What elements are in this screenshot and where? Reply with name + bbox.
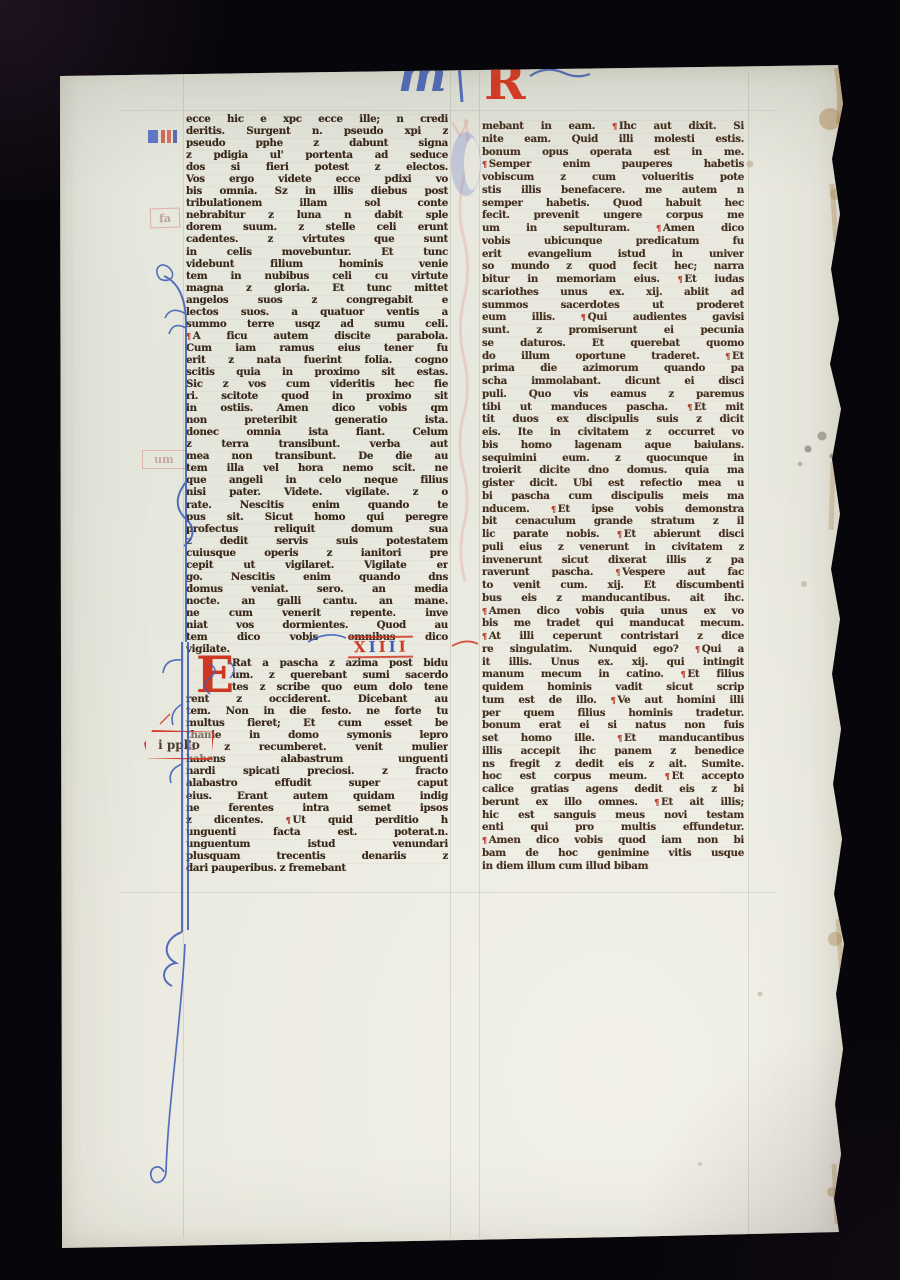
text-line: fecit. prevenit ungere corpus me — [482, 209, 744, 222]
text-line: bis me tradet qui manducat mecum. — [482, 617, 744, 630]
text-line: tibi ut manduces pascha. ¶Et mit — [482, 401, 744, 414]
rubric-paraph-icon: ¶ — [482, 606, 487, 616]
rubric-paraph-icon: ¶ — [482, 159, 487, 169]
text-line: dos si fieri potest z electos. — [186, 162, 448, 174]
text-line: ecce hic e xpc ecce ille; n credi — [186, 114, 448, 126]
paraph-mark — [161, 130, 165, 143]
text-line: eis. Ite in civitatem z occurret vo — [482, 426, 744, 439]
text-line: ¶Amen dico vobis quod iam non bi — [482, 834, 744, 847]
running-title-letter: m — [398, 48, 447, 102]
text-line: nocte. an galli cantu. an mane. — [186, 596, 448, 608]
text-line: summos sacerdotes ut proderet — [482, 299, 744, 312]
rubric-paraph-icon: ¶ — [678, 274, 683, 284]
text-line: to venit cum. xij. Et discumbenti — [482, 579, 744, 592]
text-line: tum est de illo. ¶Ve aut homini illi — [482, 694, 744, 707]
text-line: nisi pater. Videte. vigilate. z o — [186, 487, 448, 499]
text-line: si z recumberet. venit mulier — [186, 742, 448, 754]
text-line: scha immolabant. dicunt ei disci — [482, 375, 744, 388]
rubric-paraph-icon: ¶ — [186, 331, 191, 341]
rubric-paraph-icon: ¶ — [611, 695, 616, 705]
text-line: deritis. Surgent n. pseudo xpi z — [186, 126, 448, 138]
text-line: vobiscum z cum volueritis pote — [482, 171, 744, 184]
rubric-paraph-icon: ¶ — [687, 402, 692, 412]
text-line: bonum opus operata est in me. — [482, 146, 744, 159]
text-column-left-upper: ecce hic e xpc ecce ille; n credideritis… — [186, 114, 448, 656]
text-line: tit duos ex discipulis suis z dicit — [482, 413, 744, 426]
text-line: ri. scitote quod in proximo sit — [186, 391, 448, 403]
text-line: dorem suum. z stelle celi erunt — [186, 222, 448, 234]
text-line: multus fieret; Et cum esset be — [186, 718, 448, 730]
text-line: erit z nata fuerint folia. cogno — [186, 355, 448, 367]
text-line: puli. Quo vis eamus z paremus — [482, 388, 744, 401]
text-line: z pdigia ul' portenta ad seduce — [186, 150, 448, 162]
rubric-paraph-icon: ¶ — [654, 797, 659, 807]
text-line: nebrabitur z luna n dabit sple — [186, 210, 448, 222]
text-line: hic est sanguis meus novi testam — [482, 809, 744, 822]
text-line: tem illa vel hora nemo scit. ne — [186, 463, 448, 475]
text-line: pus sit. Sicut homo qui peregre — [186, 512, 448, 524]
rubric-paraph-icon: ¶ — [551, 504, 556, 514]
text-line: bam de hoc genimine vitis usque — [482, 847, 744, 860]
text-line: ne cum venerit repente. inve — [186, 608, 448, 620]
photo-backdrop: mR ecce hic e xpc ecce ille; n credideri… — [0, 0, 900, 1280]
running-title-letter: R — [484, 52, 526, 111]
paraph-mark — [173, 130, 177, 143]
text-line: quidem hominis vadit sicut scrip — [482, 681, 744, 694]
text-line: bus eis z manducantibus. ait ihc. — [482, 592, 744, 605]
text-line: alabastro effudit super caput — [186, 778, 448, 790]
text-line: eum illis. ¶Qui audientes gavisi — [482, 311, 744, 324]
text-line: ¶A ficu autem discite parabola. — [186, 331, 448, 343]
text-line: thanie in domo symonis lepro — [186, 730, 448, 742]
text-line: ¶At illi ceperunt contristari z dice — [482, 630, 744, 643]
manuscript-leaf: mR ecce hic e xpc ecce ille; n credideri… — [60, 64, 846, 1248]
text-line: summo terre usqz ad sumu celi. — [186, 319, 448, 331]
text-line: mebant in eam. ¶Ihc aut dixit. Si — [482, 120, 744, 133]
text-line: prima die azimorum quando pa — [482, 362, 744, 375]
text-line: unguentum istud venundari — [186, 839, 448, 851]
text-line: illis accepit ihc panem z benedice — [482, 745, 744, 758]
text-line: lic parate nobis. ¶Et abierunt disci — [482, 528, 744, 541]
text-line: habens alabastrum unguenti — [186, 754, 448, 766]
chapter-numeral-glyph: I — [369, 640, 377, 654]
text-line: cadentes. z virtutes que sunt — [186, 234, 448, 246]
text-line: z dedit servis suis potestatem — [186, 536, 448, 548]
text-line: go. Nescitis enim quando dns — [186, 572, 448, 584]
text-line: bi pascha cum discipulis meis ma — [482, 490, 744, 503]
text-line: plusquam trecentis denariis z — [186, 851, 448, 863]
rubric-paraph-icon: ¶ — [725, 351, 730, 361]
text-line: bit cenaculum grande stratum z il — [482, 515, 744, 528]
text-line: ¶Semper enim pauperes habetis — [482, 158, 744, 171]
text-line: dari pauperibus. z fremebant — [186, 863, 448, 875]
text-line: Vos ergo videte ecce pdixi vo — [186, 174, 448, 186]
text-line: que angeli in celo neque filius — [186, 475, 448, 487]
text-line: nite eam. Quid illi molesti estis. — [482, 133, 744, 146]
text-column-right: mebant in eam. ¶Ihc aut dixit. Sinite ea… — [482, 120, 744, 872]
text-line: so mundo z quod fecit hec; narra — [482, 260, 744, 273]
text-line: cepit ut vigilaret. Vigilate er — [186, 560, 448, 572]
ruling-line — [183, 72, 184, 1238]
rubric-paraph-icon: ¶ — [482, 835, 487, 845]
text-line: in ostiis. Amen dico vobis qm — [186, 403, 448, 415]
text-line: calice gratias agens dedit eis z bi — [482, 783, 744, 796]
rubric-paraph-icon: ¶ — [665, 771, 670, 781]
text-line: mea non transibunt. De die au — [186, 451, 448, 463]
text-line: in diem illum cum illud bibam — [482, 860, 744, 873]
text-line: niat vos dormientes. Quod au — [186, 620, 448, 632]
text-line: bis homo lagenam aque baiulans. — [482, 439, 744, 452]
text-line: lectos suos. a quatuor ventis a — [186, 307, 448, 319]
text-line: semper habetis. Quod habuit hec — [482, 197, 744, 210]
rubric-paraph-icon: ¶ — [617, 529, 622, 539]
margin-note-in-populo: i ppl'o — [144, 730, 214, 760]
text-line: magna z gloria. Et tunc mittet — [186, 283, 448, 295]
rubric-paraph-icon: ¶ — [656, 223, 661, 233]
text-line: set homo ille. ¶Et manducantibus — [482, 732, 744, 745]
text-line: manum mecum in catino. ¶Et filius — [482, 668, 744, 681]
text-line: domus veniat. sero. an media — [186, 584, 448, 596]
chapter-numeral-glyph: I — [399, 640, 407, 654]
rubric-paraph-icon: ¶ — [581, 312, 586, 322]
rubric-paraph-icon: ¶ — [681, 669, 686, 679]
text-line: profectus reliquit domum sua — [186, 524, 448, 536]
text-line: nducem. ¶Et ipse vobis demonstra — [482, 503, 744, 516]
text-line: troierit dicite dno domus. quia ma — [482, 464, 744, 477]
text-line: ¶Amen dico vobis quia unus ex vo — [482, 605, 744, 618]
text-line: invenerunt sicut dixerat illis z pa — [482, 554, 744, 567]
ruling-line — [748, 72, 749, 1238]
text-line: nardi spicati preciosi. z fracto — [186, 766, 448, 778]
text-line: bitur in memoriam eius. ¶Et iudas — [482, 273, 744, 286]
decorated-initial: E — [196, 652, 244, 704]
text-line: ns fregit z dedit eis z ait. Sumite. — [482, 758, 744, 771]
text-line: non preteribit generatio ista. — [186, 415, 448, 427]
text-line: angelos suos z congregabit e — [186, 295, 448, 307]
text-line: eius. Erant autem quidam indig — [186, 791, 448, 803]
text-line: cuiusque operis z ianitori pre — [186, 548, 448, 560]
text-line: it illis. Unus ex. xij. qui intingit — [482, 656, 744, 669]
text-line: unguenti facta est. poterat.n. — [186, 827, 448, 839]
text-line: hoc est corpus meum. ¶Et accepto — [482, 770, 744, 783]
text-line: per quem filius hominis tradetur. — [482, 707, 744, 720]
text-line: sequimini eum. z quocunque in — [482, 452, 744, 465]
ruling-line — [479, 72, 480, 1238]
chapter-numeral-glyph: I — [379, 640, 387, 654]
ruling-line — [120, 892, 776, 893]
text-line: rate. Nescitis enim quando te — [186, 500, 448, 512]
paraph-mark — [148, 130, 158, 143]
rubric-paraph-icon: ¶ — [286, 815, 291, 825]
chapter-numeral: XIIII — [348, 636, 413, 659]
text-line: um in sepulturam. ¶Amen dico — [482, 222, 744, 235]
text-line: pseudo pphe z dabunt signa — [186, 138, 448, 150]
text-line: tribulationem illam sol conte — [186, 198, 448, 210]
text-line: se daturos. Et querebat quomo — [482, 337, 744, 350]
text-line: puli eius z venerunt in civitatem z — [482, 541, 744, 554]
text-line: sunt. z promiserunt ei pecunia — [482, 324, 744, 337]
rubric-paraph-icon: ¶ — [617, 733, 622, 743]
margin-note-faded: fa — [150, 207, 181, 228]
ruling-line — [450, 72, 451, 1238]
text-line: bonum erat ei si natus non fuis — [482, 719, 744, 732]
gutter-ghost-marks — [451, 119, 481, 581]
text-line: z dicentes. ¶Ut quid perditio h — [186, 815, 448, 827]
chapter-numeral-glyph: I — [389, 640, 397, 654]
text-line: videbunt filium hominis venie — [186, 259, 448, 271]
rubric-paraph-icon: ¶ — [612, 121, 617, 131]
text-line: erit evangelium istud in univer — [482, 248, 744, 261]
chapter-numeral-glyph: X — [354, 640, 367, 654]
text-line: donec omnia ista fiant. Celum — [186, 427, 448, 439]
text-line: scariothes unus ex. xij. abiit ad — [482, 286, 744, 299]
text-line: ne ferentes intra semet ipsos — [186, 803, 448, 815]
text-line: bis omnia. Sz in illis diebus post — [186, 186, 448, 198]
text-line: gister dicit. Ubi est refectio mea u — [482, 477, 744, 490]
text-line: do illum oportune traderet. ¶Et — [482, 350, 744, 363]
text-line: Sic z vos cum videritis hec fie — [186, 379, 448, 391]
text-line: berunt ex illo omnes. ¶Et ait illis; — [482, 796, 744, 809]
text-line: in celis movebuntur. Et tunc — [186, 247, 448, 259]
text-line: tem in nubibus celi cu virtute — [186, 271, 448, 283]
text-line: enti qui pro multis effundetur. — [482, 821, 744, 834]
text-line: Cum iam ramus eius tener fu — [186, 343, 448, 355]
text-line: vobis ubicunque predicatum fu — [482, 235, 744, 248]
text-line: stis illis benefacere. me autem n — [482, 184, 744, 197]
text-line: z terra transibunt. verba aut — [186, 439, 448, 451]
text-line: raverunt pascha. ¶Vespere aut fac — [482, 566, 744, 579]
margin-note-faded: um — [142, 450, 186, 469]
rubric-paraph-icon: ¶ — [695, 644, 700, 654]
text-line: scitis quia in proximo sit estas. — [186, 367, 448, 379]
text-line: tem. Non in die festo. ne forte tu — [186, 706, 448, 718]
rubric-paraph-icon: ¶ — [615, 567, 620, 577]
paraph-mark — [167, 130, 171, 143]
text-line: re singulatim. Nunquid ego? ¶Qui a — [482, 643, 744, 656]
rubric-paraph-icon: ¶ — [482, 631, 487, 641]
